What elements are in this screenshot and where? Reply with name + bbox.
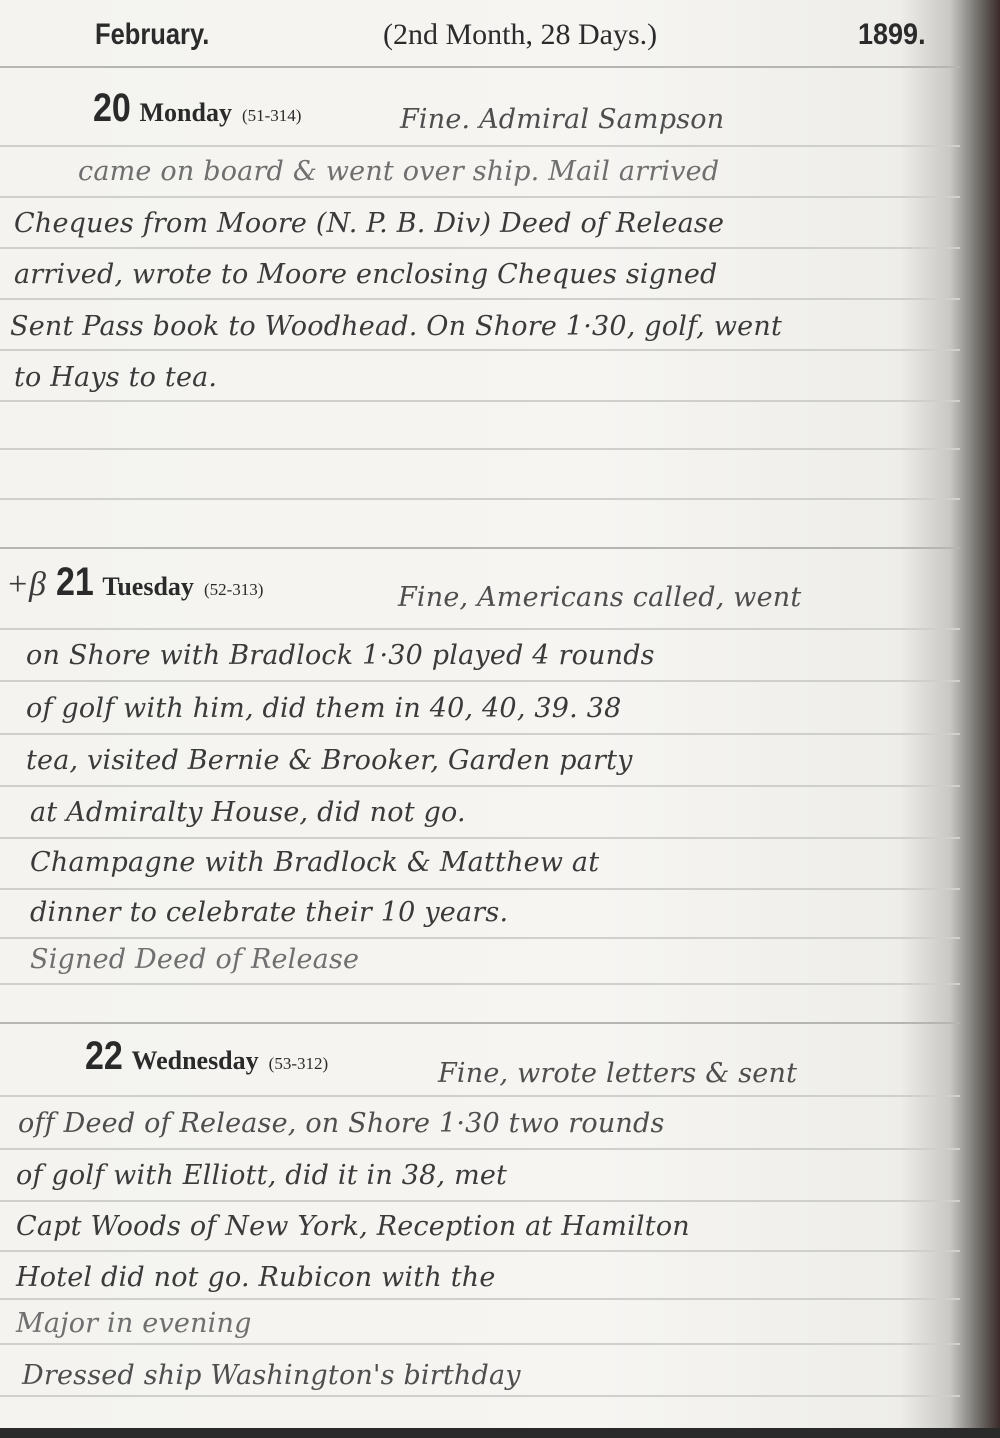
header-month: February. xyxy=(95,18,209,52)
rule-line xyxy=(0,547,960,549)
margin-mark: +β xyxy=(6,566,46,603)
handwritten-line: on Shore with Bradlock 1·30 played 4 rou… xyxy=(26,640,655,671)
rule-line xyxy=(0,837,960,839)
handwritten-line: Champagne with Bradlock & Matthew at xyxy=(30,847,599,878)
rule-line xyxy=(0,1395,960,1397)
rule-line xyxy=(0,888,960,890)
day-number: 22 xyxy=(85,1034,123,1079)
handwritten-line: arrived, wrote to Moore enclosing Cheque… xyxy=(14,259,718,290)
rule-line xyxy=(0,1343,960,1345)
page-bottom-edge xyxy=(0,1428,1000,1438)
day-code: (53-312) xyxy=(269,1054,328,1073)
rule-line xyxy=(0,1148,960,1150)
rule-line xyxy=(0,1250,960,1252)
rule-line xyxy=(0,298,960,300)
rule-line xyxy=(0,785,960,787)
handwritten-line: Sent Pass book to Woodhead. On Shore 1·3… xyxy=(10,311,782,342)
rule-line xyxy=(0,66,960,68)
day-code: (52-313) xyxy=(204,580,263,599)
handwritten-line: at Admiralty House, did not go. xyxy=(30,797,466,828)
handwritten-line: of golf with Elliott, did it in 38, met xyxy=(16,1160,507,1191)
handwritten-line: to Hays to tea. xyxy=(14,362,217,393)
rule-line xyxy=(0,983,960,985)
handwritten-line: Signed Deed of Release xyxy=(30,944,359,975)
rule-line xyxy=(0,733,960,735)
rule-line xyxy=(0,937,960,939)
day-number: 21 xyxy=(56,560,94,605)
handwritten-line: came on board & went over ship. Mail arr… xyxy=(78,156,719,187)
handwritten-line: Major in evening xyxy=(16,1308,252,1339)
rule-line xyxy=(0,498,960,500)
weekday: Tuesday xyxy=(102,572,194,601)
handwritten-line: dinner to celebrate their 10 years. xyxy=(30,897,508,928)
page-header: February. (2nd Month, 28 Days.) 1899. xyxy=(0,14,960,60)
weekday: Wednesday xyxy=(132,1046,259,1075)
header-year: 1899. xyxy=(858,18,926,52)
day-number: 20 xyxy=(93,86,131,131)
rule-line xyxy=(0,1200,960,1202)
rule-line xyxy=(0,448,960,450)
rule-line xyxy=(0,1298,960,1300)
day-heading-20: 20 Monday (51-314) xyxy=(93,86,301,131)
day-code: (51-314) xyxy=(242,106,301,125)
weekday: Monday xyxy=(140,98,232,127)
handwritten-line: Capt Woods of New York, Reception at Ham… xyxy=(16,1211,690,1242)
rule-line xyxy=(0,145,960,147)
rule-line xyxy=(0,1095,960,1097)
handwritten-line: Fine, wrote letters & sent xyxy=(438,1058,797,1089)
handwritten-line: Fine, Americans called, went xyxy=(398,582,801,613)
handwritten-line: off Deed of Release, on Shore 1·30 two r… xyxy=(18,1108,665,1139)
day-heading-22: 22 Wednesday (53-312) xyxy=(85,1034,328,1079)
rule-line xyxy=(0,628,960,630)
handwritten-line: of golf with him, did them in 40, 40, 39… xyxy=(26,693,621,724)
rule-line xyxy=(0,680,960,682)
handwritten-line: Cheques from Moore (N. P. B. Div) Deed o… xyxy=(14,208,724,239)
diary-page: February. (2nd Month, 28 Days.) 1899. 20… xyxy=(0,0,1000,1428)
handwritten-line: Hotel did not go. Rubicon with the xyxy=(16,1262,496,1293)
header-subtitle: (2nd Month, 28 Days.) xyxy=(383,18,657,52)
rule-line xyxy=(0,400,960,402)
rule-line xyxy=(0,196,960,198)
rule-line xyxy=(0,349,960,351)
rule-line xyxy=(0,247,960,249)
day-heading-21: +β 21 Tuesday (52-313) xyxy=(6,560,263,605)
handwritten-line: tea, visited Bernie & Brooker, Garden pa… xyxy=(26,745,633,776)
rule-line xyxy=(0,1022,960,1024)
handwritten-line: Dressed ship Washington's birthday xyxy=(22,1360,521,1391)
handwritten-line: Fine. Admiral Sampson xyxy=(400,104,724,135)
